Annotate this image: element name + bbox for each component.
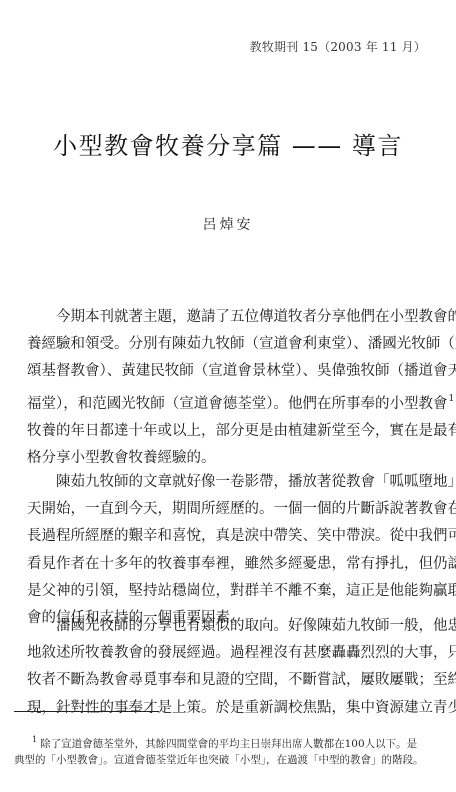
paragraph-line: 現，針對性的事奉才是上策。於是重新調校焦點，集中資源建立青少年 xyxy=(27,695,425,722)
paragraph-line: 天開始，一直到今天，期間所經歷的。一個一個的片斷訴說著教會在成 xyxy=(27,496,425,523)
paragraph-2: 陳茹九牧師的文章就好像一卷影帶，播放著從教會「呱呱墮地」那 天開始，一直到今天，… xyxy=(27,469,425,632)
article-title: 小型教會牧養分享篇 —— 導言 xyxy=(0,126,456,161)
paragraph-line-text: 福堂），和范國光牧師（宣道會德荃堂）。他們在所事奉的小型教會 xyxy=(27,396,448,412)
footnote-line: 1除了宣道會德荃堂外，其餘四間堂會的平均主日崇拜出席人數都在100人以下。是 xyxy=(14,732,444,752)
footnote-line: 典型的「小型教會」。宣道會德荃堂近年也突破「小型」，在過渡「中型的教會」的階段。 xyxy=(14,752,444,768)
article-author: 呂焯安 xyxy=(0,214,456,234)
footnote-number: 1 xyxy=(32,735,37,744)
paragraph-line: 地敘述所牧養教會的發展經過。過程裡沒有甚麼轟轟烈烈的大事，只是 xyxy=(27,640,425,667)
paragraph-line: 今期本刊就著主題，邀請了五位傳道牧者分享他們在小型教會的牧 xyxy=(27,304,425,331)
running-head: 教牧期刊 15（2003 年 11 月） xyxy=(250,38,426,55)
paragraph-line: 看見作者在十多年的牧養事奉裡，雖然多經憂患，常有掙扎，但仍認定 xyxy=(27,551,425,578)
paragraph-line: 牧者不斷為教會尋覓事奉和見證的空間，不斷嘗試，屢敗屢戰；至終發 xyxy=(27,667,425,694)
footnote-text: 除了宣道會德荃堂外，其餘四間堂會的平均主日崇拜出席人數都在100人以下。是 xyxy=(40,738,417,750)
footnote-reference[interactable]: 1 xyxy=(449,394,455,404)
paragraph-line: 陳茹九牧師的文章就好像一卷影帶，播放著從教會「呱呱墮地」那 xyxy=(27,469,425,496)
paragraph-line: 是父神的引領，堅持站穩崗位，對群羊不離不棄，這正是他能夠贏取教 xyxy=(27,578,425,605)
paragraph-line: 長過程所經歷的艱辛和喜悅，真是淚中帶笑、笑中帶淚。從中我們可以 xyxy=(27,523,425,550)
paragraph-line: 牧養的年日都達十年或以上，部分更是由植建新堂至今，實在是最有資 xyxy=(27,418,425,445)
paragraph-1: 今期本刊就著主題，邀請了五位傳道牧者分享他們在小型教會的牧 養經驗和領受。分別有… xyxy=(27,304,425,472)
paragraph-line-with-footnote: 福堂），和范國光牧師（宣道會德荃堂）。他們在所事奉的小型教會1 xyxy=(27,386,425,418)
paragraph-line: 潘國光牧師的分享也有類似的取向。好像陳茹九牧師一般，他忠實 xyxy=(27,613,425,640)
footnote-divider xyxy=(14,711,159,712)
footnote: 1除了宣道會德荃堂外，其餘四間堂會的平均主日崇拜出席人數都在100人以下。是 典… xyxy=(14,732,444,768)
paragraph-line: 頌基督教會）、黃建民牧師（宣道會景林堂）、吳偉強牧師（播道會天 xyxy=(27,358,425,385)
paragraph-line: 養經驗和領受。分別有陳茹九牧師（宣道會利東堂）、潘國光牧師（靈 xyxy=(27,331,425,358)
paragraph-3: 潘國光牧師的分享也有類似的取向。好像陳茹九牧師一般，他忠實 地敘述所牧養教會的發… xyxy=(27,613,425,722)
